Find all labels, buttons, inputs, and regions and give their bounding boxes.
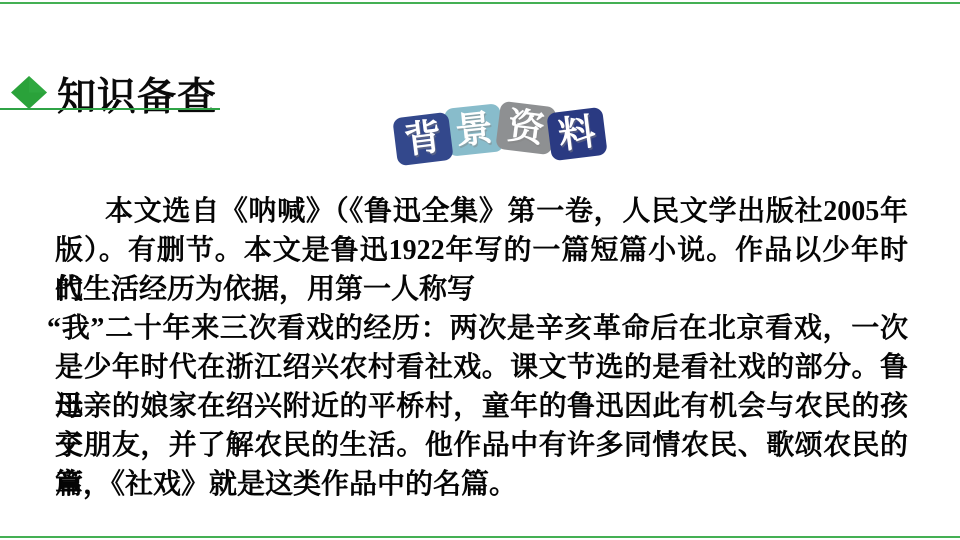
title-underline [0,108,220,110]
text-line: 版）。有删节。本文是鲁迅1922年写的一篇短篇小说。作品以少年时代 [55,231,908,270]
text-line: 的生活经历为依据，用第一人称写 [55,270,908,309]
bottom-border-line [0,536,960,538]
badge-tile: 景 [444,103,505,157]
badge-tile: 料 [546,107,607,161]
text-line: 章，《社戏》就是这类作品中的名篇。 [55,465,908,504]
text-line: 母亲的娘家在绍兴附近的平桥村，童年的鲁迅因此有机会与农民的孩子 [55,387,908,426]
text-line: 交朋友，并了解农民的生活。他作品中有许多同情农民、歌颂农民的篇 [55,426,908,465]
diamond-bullet-icon [11,76,47,109]
text-line: “我”二十年来三次看戏的经历：两次是辛亥革命后在北京看戏，一次 [47,309,908,348]
presentation-slide: 知识备查 背 景 资 料 本文选自《呐喊》（《鲁迅全集》第一卷，人民文学出版社2… [0,0,960,540]
badge-tile: 背 [392,112,453,166]
page-title: 知识备查 [57,66,217,122]
text-line: 本文选自《呐喊》（《鲁迅全集》第一卷，人民文学出版社2005年 [55,192,908,231]
body-paragraph: 本文选自《呐喊》（《鲁迅全集》第一卷，人民文学出版社2005年 版）。有删节。本… [55,192,908,504]
slide-header: 知识备查 [0,0,960,120]
text-line: 是少年时代在浙江绍兴农村看社戏。课文节选的是看社戏的部分。鲁迅 [55,348,908,387]
